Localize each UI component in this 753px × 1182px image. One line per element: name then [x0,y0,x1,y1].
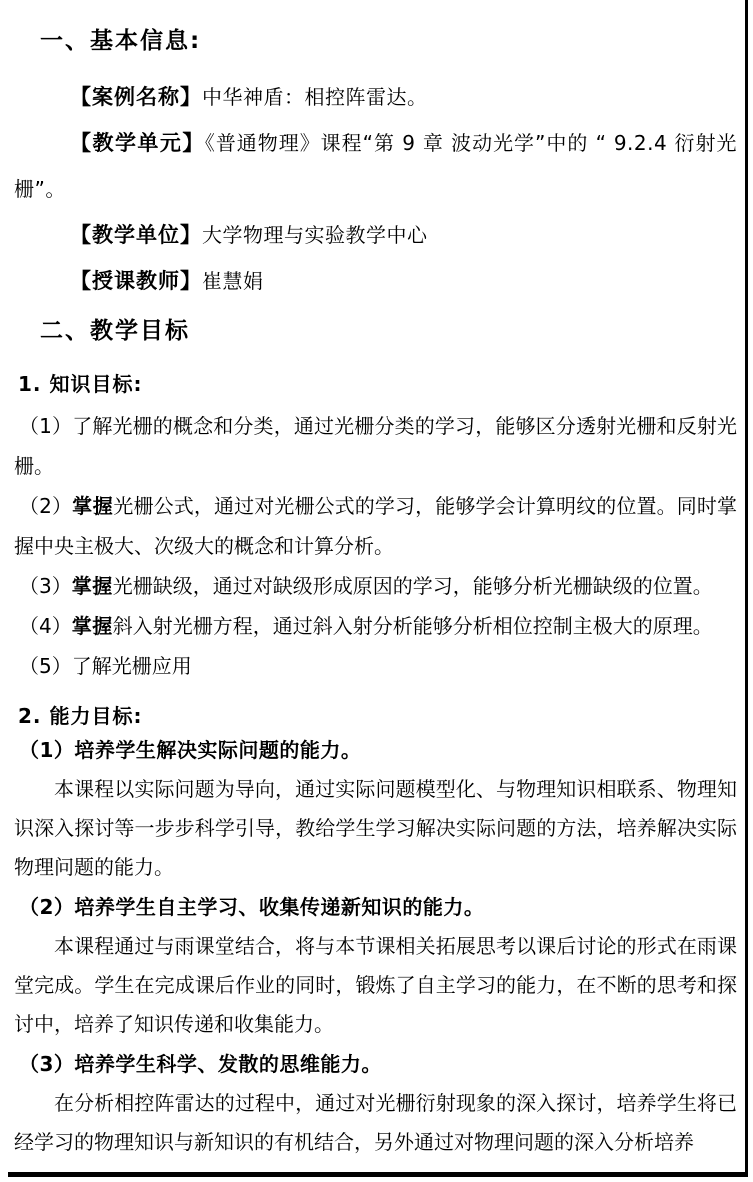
item-number: （3） [19,574,72,598]
item-text: 光栅缺级，通过对缺级形成原因的学习，能够分析光栅缺级的位置。 [113,574,713,598]
knowledge-objective-item-3: （3）掌握光栅缺级，通过对缺级形成原因的学习，能够分析光栅缺级的位置。 [14,566,737,606]
info-label: 【案例名称】 [70,85,202,109]
subsection-heading-knowledge-objectives: 1. 知识目标: [18,370,737,398]
ability-paragraph-2: 本课程通过与雨课堂结合，将与本节课相关拓展思考以课后讨论的形式在雨课堂完成。学生… [14,927,737,1044]
item-number: （2） [19,494,72,518]
info-item-instructor: 【授课教师】崔慧娟 [14,258,737,304]
ability-objectives-list: （1）培养学生解决实际问题的能力。 本课程以实际问题为导向，通过实际问题模型化、… [14,730,737,1162]
ability-subheading-1: （1）培养学生解决实际问题的能力。 [14,730,737,770]
item-text: 了解光栅应用 [72,654,192,678]
knowledge-objective-item-4: （4）掌握斜入射光栅方程，通过斜入射分析能够分析相位控制主极大的原理。 [14,606,737,646]
info-value: 崔慧娟 [202,269,264,293]
item-number: （5） [19,654,72,678]
info-label: 【教学单位】 [70,223,202,247]
knowledge-objective-item-5: （5）了解光栅应用 [14,646,737,686]
info-item-teaching-department: 【教学单位】大学物理与实验教学中心 [14,212,737,258]
page-border-bottom [8,1172,748,1177]
item-text: 光栅公式，通过对光栅公式的学习，能够学会计算明纹的位置。同时掌握中央主极大、次级… [14,494,737,558]
item-keyword: 掌握 [72,574,113,598]
knowledge-objective-item-1: （1）了解光栅的概念和分类，通过光栅分类的学习，能够区分透射光栅和反射光栅。 [14,406,737,486]
item-number: （1） [19,414,72,438]
knowledge-objective-item-2: （2）掌握光栅公式，通过对光栅公式的学习，能够学会计算明纹的位置。同时掌握中央主… [14,486,737,566]
section-heading-teaching-objectives: 二、教学目标 [40,316,737,346]
item-number: （4） [19,614,72,638]
info-value: 中华神盾：相控阵雷达。 [202,85,428,109]
page-border-right [745,0,748,1172]
item-keyword: 掌握 [72,614,113,638]
item-text: 斜入射光栅方程，通过斜入射分析能够分析相位控制主极大的原理。 [113,614,713,638]
document-page: 一、基本信息: 【案例名称】中华神盾：相控阵雷达。 【教学单元】《普通物理》课程… [0,0,753,1182]
subsection-heading-ability-objectives: 2. 能力目标: [18,702,737,730]
item-keyword: 掌握 [72,494,113,518]
document-content: 一、基本信息: 【案例名称】中华神盾：相控阵雷达。 【教学单元】《普通物理》课程… [0,0,753,1162]
info-item-case-name: 【案例名称】中华神盾：相控阵雷达。 [14,74,737,120]
info-item-teaching-unit: 【教学单元】《普通物理》课程“第 9 章 波动光学”中的 “ 9.2.4 衍射光… [14,120,737,212]
info-label: 【授课教师】 [70,269,202,293]
knowledge-objectives-list: （1）了解光栅的概念和分类，通过光栅分类的学习，能够区分透射光栅和反射光栅。 （… [14,406,737,686]
item-text: 了解光栅的概念和分类，通过光栅分类的学习，能够区分透射光栅和反射光栅。 [14,414,737,478]
info-value: 大学物理与实验教学中心 [202,223,428,247]
ability-subheading-2: （2）培养学生自主学习、收集传递新知识的能力。 [14,887,737,927]
info-label: 【教学单元】 [70,131,205,155]
section-heading-basic-info: 一、基本信息: [40,26,737,56]
ability-paragraph-3: 在分析相控阵雷达的过程中，通过对光栅衍射现象的深入探讨，培养学生将已经学习的物理… [14,1084,737,1162]
ability-subheading-3: （3）培养学生科学、发散的思维能力。 [14,1044,737,1084]
ability-paragraph-1: 本课程以实际问题为导向，通过实际问题模型化、与物理知识相联系、物理知识深入探讨等… [14,770,737,887]
